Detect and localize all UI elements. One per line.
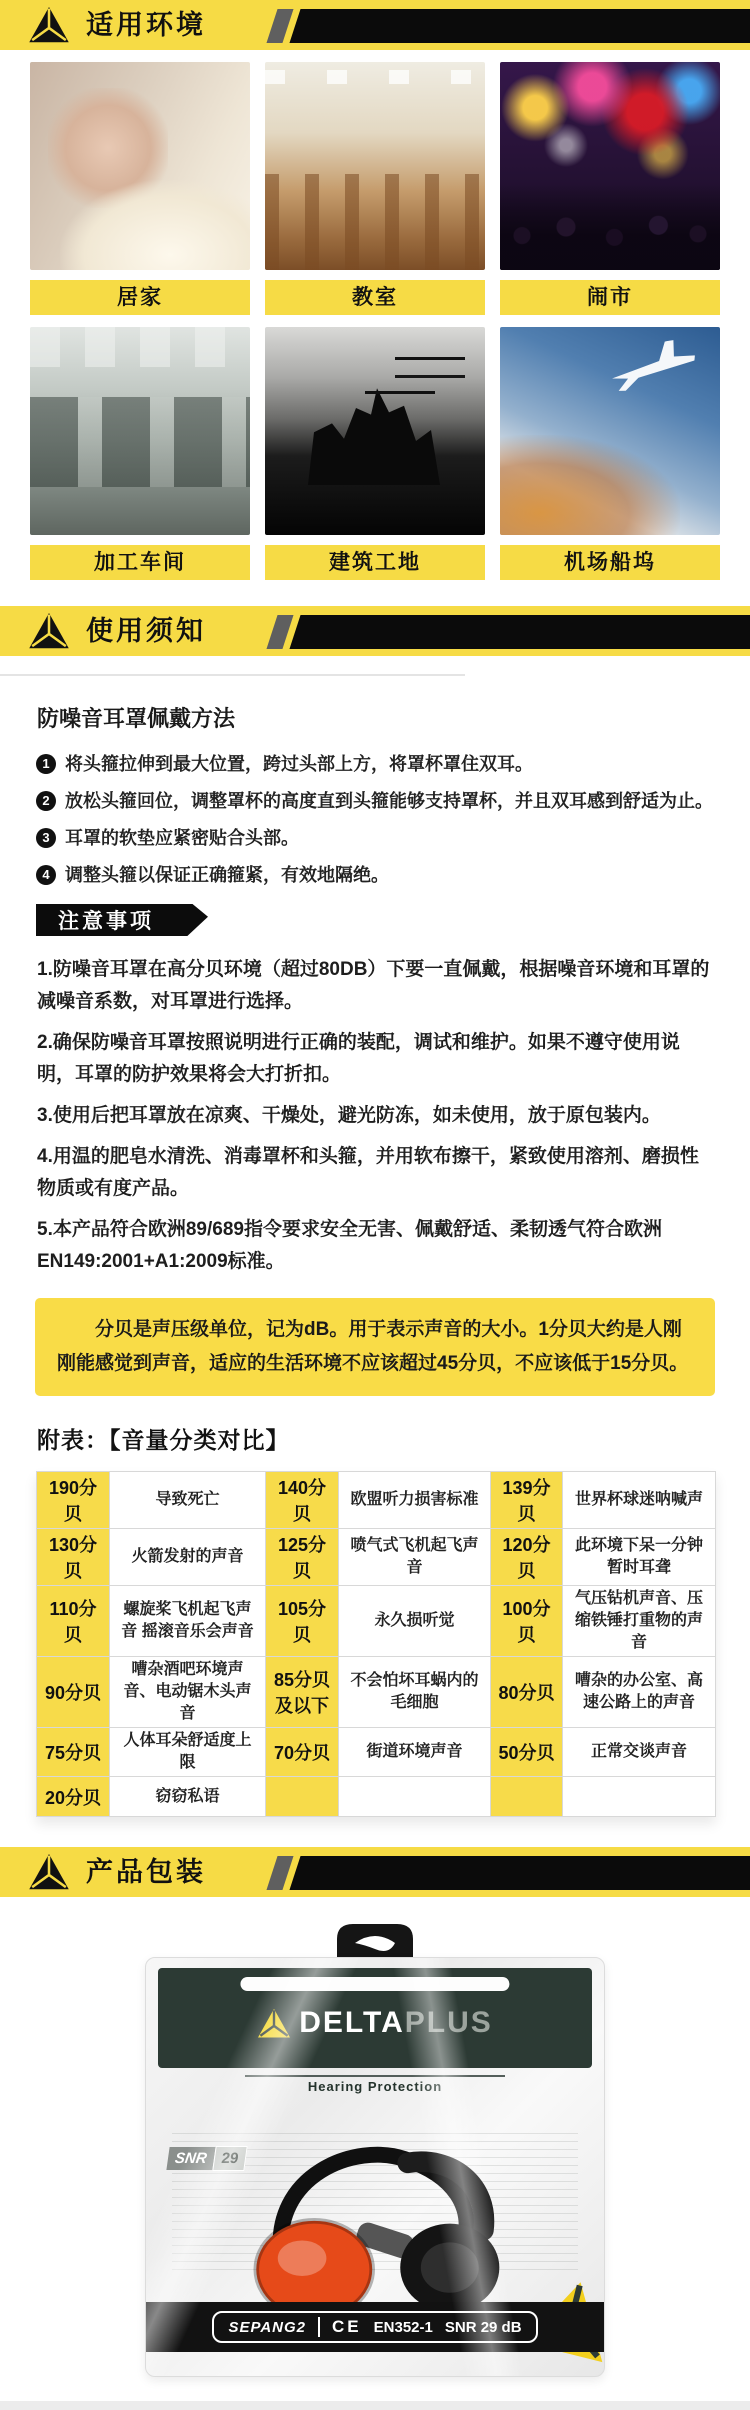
package-photo: DELTA PLUS Hearing Protection SNR 29 bbox=[115, 1919, 635, 2381]
header-band-accent bbox=[266, 9, 293, 43]
step-number-badge: 1 bbox=[36, 754, 56, 774]
table-row: 130分贝 火箭发射的声音 125分贝 喷气式飞机起飞声音 120分贝 此环境下… bbox=[37, 1529, 716, 1586]
step-text: 耳罩的软垫应紧密贴合头部。 bbox=[65, 825, 299, 851]
brand-name-delta: DELTA bbox=[299, 2006, 405, 2040]
wear-step: 2 放松头箍回位，调整罩杯的高度直到头箍能够支持罩杯，并且双耳感到舒适为止。 bbox=[36, 788, 715, 814]
environment-grid: 居家 教室 闹市 加工车间 建筑工地 机场船坞 bbox=[30, 62, 720, 580]
brand-panel: DELTA PLUS bbox=[158, 1968, 592, 2068]
db-desc-cell: 导致死亡 bbox=[110, 1472, 266, 1529]
db-level-cell: 20分贝 bbox=[37, 1777, 110, 1817]
tile-label-home: 居家 bbox=[30, 280, 250, 315]
table-row: 20分贝 窃窃私语 bbox=[37, 1777, 716, 1817]
note-item: 3.使用后把耳罩放在凉爽、干燥处，避光防冻，如未使用，放于原包装内。 bbox=[37, 1100, 715, 1132]
wear-step: 1 将头箍拉伸到最大位置，跨过头部上方，将罩杯罩住双耳。 bbox=[36, 751, 715, 777]
tagline-wrap: Hearing Protection bbox=[146, 2075, 604, 2094]
section-title-packaging: 产品包装 bbox=[86, 1847, 206, 1897]
wear-method-title: 防噪音耳罩佩戴方法 bbox=[37, 702, 715, 733]
header-black-band bbox=[289, 1856, 750, 1890]
db-desc-cell: 嘈杂的办公室、高速公路上的声音 bbox=[563, 1657, 716, 1728]
db-desc-cell: 喷气式飞机起飞声音 bbox=[339, 1529, 491, 1586]
db-level-cell bbox=[266, 1777, 339, 1817]
spec-box: SEPANG2 CE EN352-1 SNR 29 dB bbox=[212, 2311, 537, 2343]
ce-mark: CE bbox=[332, 2317, 362, 2337]
note-item: 4.用温的肥皂水清洗、消毒罩杯和头箍，并用软布擦干，紧致使用溶剂、磨损性物质或有… bbox=[37, 1141, 715, 1205]
divider-line bbox=[0, 674, 465, 676]
section-title-usage: 使用须知 bbox=[86, 606, 206, 656]
db-level-cell: 90分贝 bbox=[37, 1657, 110, 1728]
page-bottom-strip bbox=[0, 2401, 750, 2410]
db-desc-cell: 嘈杂酒吧环境声音、电动锯木头声音 bbox=[110, 1657, 266, 1728]
brand-name-plus: PLUS bbox=[405, 2006, 493, 2040]
db-level-cell: 75分贝 bbox=[37, 1728, 110, 1777]
spec-separator bbox=[318, 2317, 320, 2337]
db-level-cell: 110分贝 bbox=[37, 1586, 110, 1657]
section-header-environments: 适用环境 bbox=[0, 0, 750, 50]
notice-badge: 注意事项 bbox=[36, 904, 208, 936]
header-black-band bbox=[289, 615, 750, 649]
db-level-cell: 105分贝 bbox=[266, 1586, 339, 1657]
table-row: 190分贝 导致死亡 140分贝 欧盟听力损害标准 139分贝 世界杯球迷呐喊声 bbox=[37, 1472, 716, 1529]
tile-label-construction: 建筑工地 bbox=[265, 545, 485, 580]
section-header-usage: 使用须知 bbox=[0, 606, 750, 656]
photo-workshop bbox=[30, 327, 250, 535]
note-item: 1.防噪音耳罩在高分贝环境（超过80DB）下要一直佩戴，根据噪音环境和耳罩的减噪… bbox=[37, 954, 715, 1018]
db-desc-cell: 螺旋桨飞机起飞声音 摇滚音乐会声音 bbox=[110, 1586, 266, 1657]
section-header-packaging: 产品包装 bbox=[0, 1847, 750, 1897]
db-desc-cell: 正常交谈声音 bbox=[563, 1728, 716, 1777]
db-level-cell: 80分贝 bbox=[491, 1657, 563, 1728]
spec-strip: SEPANG2 CE EN352-1 SNR 29 dB bbox=[146, 2302, 604, 2352]
table-row: 110分贝 螺旋桨飞机起飞声音 摇滚音乐会声音 105分贝 永久损听觉 100分… bbox=[37, 1586, 716, 1657]
env-tile-airport: 机场船坞 bbox=[500, 327, 720, 580]
step-text: 调整头箍以保证正确箍紧，有效地隔绝。 bbox=[65, 862, 389, 888]
decibel-tip-box: 分贝是声压级单位，记为dB。用于表示声音的大小。1分贝大约是人刚刚能感觉到声音，… bbox=[35, 1298, 715, 1396]
tile-label-classroom: 教室 bbox=[265, 280, 485, 315]
header-band-accent bbox=[266, 615, 293, 649]
header-band-accent bbox=[266, 1856, 293, 1890]
model-name: SEPANG2 bbox=[228, 2319, 306, 2336]
snr-rating: SNR 29 dB bbox=[445, 2319, 522, 2336]
db-level-cell bbox=[491, 1777, 563, 1817]
db-desc-cell bbox=[339, 1777, 491, 1817]
env-tile-classroom: 教室 bbox=[265, 62, 485, 315]
package-tagline: Hearing Protection bbox=[146, 2079, 604, 2094]
db-level-cell: 50分贝 bbox=[491, 1728, 563, 1777]
package-bag: DELTA PLUS Hearing Protection SNR 29 bbox=[145, 1957, 605, 2377]
db-desc-cell: 街道环境声音 bbox=[339, 1728, 491, 1777]
step-text: 将头箍拉伸到最大位置，跨过头部上方，将罩杯罩住双耳。 bbox=[65, 751, 533, 777]
step-text: 放松头箍回位，调整罩杯的高度直到头箍能够支持罩杯，并且双耳感到舒适为止。 bbox=[65, 788, 713, 814]
db-desc-cell: 世界杯球迷呐喊声 bbox=[563, 1472, 716, 1529]
tile-label-airport: 机场船坞 bbox=[500, 545, 720, 580]
db-desc-cell: 火箭发射的声音 bbox=[110, 1529, 266, 1586]
hang-slot bbox=[240, 1977, 509, 1991]
db-desc-cell bbox=[563, 1777, 716, 1817]
db-level-cell: 100分贝 bbox=[491, 1586, 563, 1657]
db-desc-cell: 此环境下呆一分钟暂时耳聋 bbox=[563, 1529, 716, 1586]
db-level-cell: 85分贝及以下 bbox=[266, 1657, 339, 1728]
brand-logo: DELTA PLUS bbox=[158, 2006, 592, 2040]
db-desc-cell: 不会怕坏耳蜗内的毛细胞 bbox=[339, 1657, 491, 1728]
db-level-cell: 130分贝 bbox=[37, 1529, 110, 1586]
volume-comparison-table: 190分贝 导致死亡 140分贝 欧盟听力损害标准 139分贝 世界杯球迷呐喊声… bbox=[36, 1471, 716, 1817]
delta-triangle-logo-icon bbox=[28, 612, 70, 655]
snr-badge-label: SNR bbox=[166, 2147, 215, 2170]
db-desc-cell: 人体耳朵舒适度上限 bbox=[110, 1728, 266, 1777]
photo-airport-dock bbox=[500, 327, 720, 535]
photo-busy-street bbox=[500, 62, 720, 270]
delta-triangle-logo-icon bbox=[257, 2008, 291, 2039]
step-number-badge: 4 bbox=[36, 865, 56, 885]
table-row: 90分贝 嘈杂酒吧环境声音、电动锯木头声音 85分贝及以下 不会怕坏耳蜗内的毛细… bbox=[37, 1657, 716, 1728]
note-item: 2.确保防噪音耳罩按照说明进行正确的装配，调试和维护。如果不遵守使用说明，耳罩的… bbox=[37, 1027, 715, 1091]
step-number-badge: 2 bbox=[36, 791, 56, 811]
tile-label-workshop: 加工车间 bbox=[30, 545, 250, 580]
tile-label-street: 闹市 bbox=[500, 280, 720, 315]
photo-construction-site bbox=[265, 327, 485, 535]
db-level-cell: 190分贝 bbox=[37, 1472, 110, 1529]
db-level-cell: 139分贝 bbox=[491, 1472, 563, 1529]
photo-classroom bbox=[265, 62, 485, 270]
env-tile-home: 居家 bbox=[30, 62, 250, 315]
notice-badge-label: 注意事项 bbox=[36, 905, 154, 935]
table-row: 75分贝 人体耳朵舒适度上限 70分贝 街道环境声音 50分贝 正常交谈声音 bbox=[37, 1728, 716, 1777]
db-level-cell: 70分贝 bbox=[266, 1728, 339, 1777]
standard-code: EN352-1 bbox=[374, 2319, 433, 2336]
product-detail-page: 适用环境 居家 教室 闹市 加工车间 建筑工地 机场船坞 bbox=[0, 0, 750, 2410]
env-tile-street: 闹市 bbox=[500, 62, 720, 315]
volume-table-title: 附表：【音量分类对比】 bbox=[37, 1422, 715, 1455]
wear-steps-list: 1 将头箍拉伸到最大位置，跨过头部上方，将罩杯罩住双耳。 2 放松头箍回位，调整… bbox=[36, 751, 715, 888]
step-number-badge: 3 bbox=[36, 828, 56, 848]
db-desc-cell: 欧盟听力损害标准 bbox=[339, 1472, 491, 1529]
env-tile-workshop: 加工车间 bbox=[30, 327, 250, 580]
photo-home bbox=[30, 62, 250, 270]
db-level-cell: 120分贝 bbox=[491, 1529, 563, 1586]
wear-step: 3 耳罩的软垫应紧密贴合头部。 bbox=[36, 825, 715, 851]
header-black-band bbox=[289, 9, 750, 43]
note-item: 5.本产品符合欧洲89/689指令要求安全无害、佩戴舒适、柔韧透气符合欧洲EN1… bbox=[37, 1214, 715, 1278]
delta-triangle-logo-icon bbox=[28, 1853, 70, 1896]
section-title-environments: 适用环境 bbox=[86, 0, 206, 50]
notes-list: 1.防噪音耳罩在高分贝环境（超过80DB）下要一直佩戴，根据噪音环境和耳罩的减噪… bbox=[37, 954, 715, 1278]
db-desc-cell: 气压钻机声音、压缩铁锤打重物的声音 bbox=[563, 1586, 716, 1657]
delta-triangle-logo-icon bbox=[28, 6, 70, 49]
tagline-rule bbox=[245, 2075, 505, 2077]
db-desc-cell: 永久损听觉 bbox=[339, 1586, 491, 1657]
db-level-cell: 125分贝 bbox=[266, 1529, 339, 1586]
db-level-cell: 140分贝 bbox=[266, 1472, 339, 1529]
db-desc-cell: 窃窃私语 bbox=[110, 1777, 266, 1817]
wear-step: 4 调整头箍以保证正确箍紧，有效地隔绝。 bbox=[36, 862, 715, 888]
env-tile-construction: 建筑工地 bbox=[265, 327, 485, 580]
